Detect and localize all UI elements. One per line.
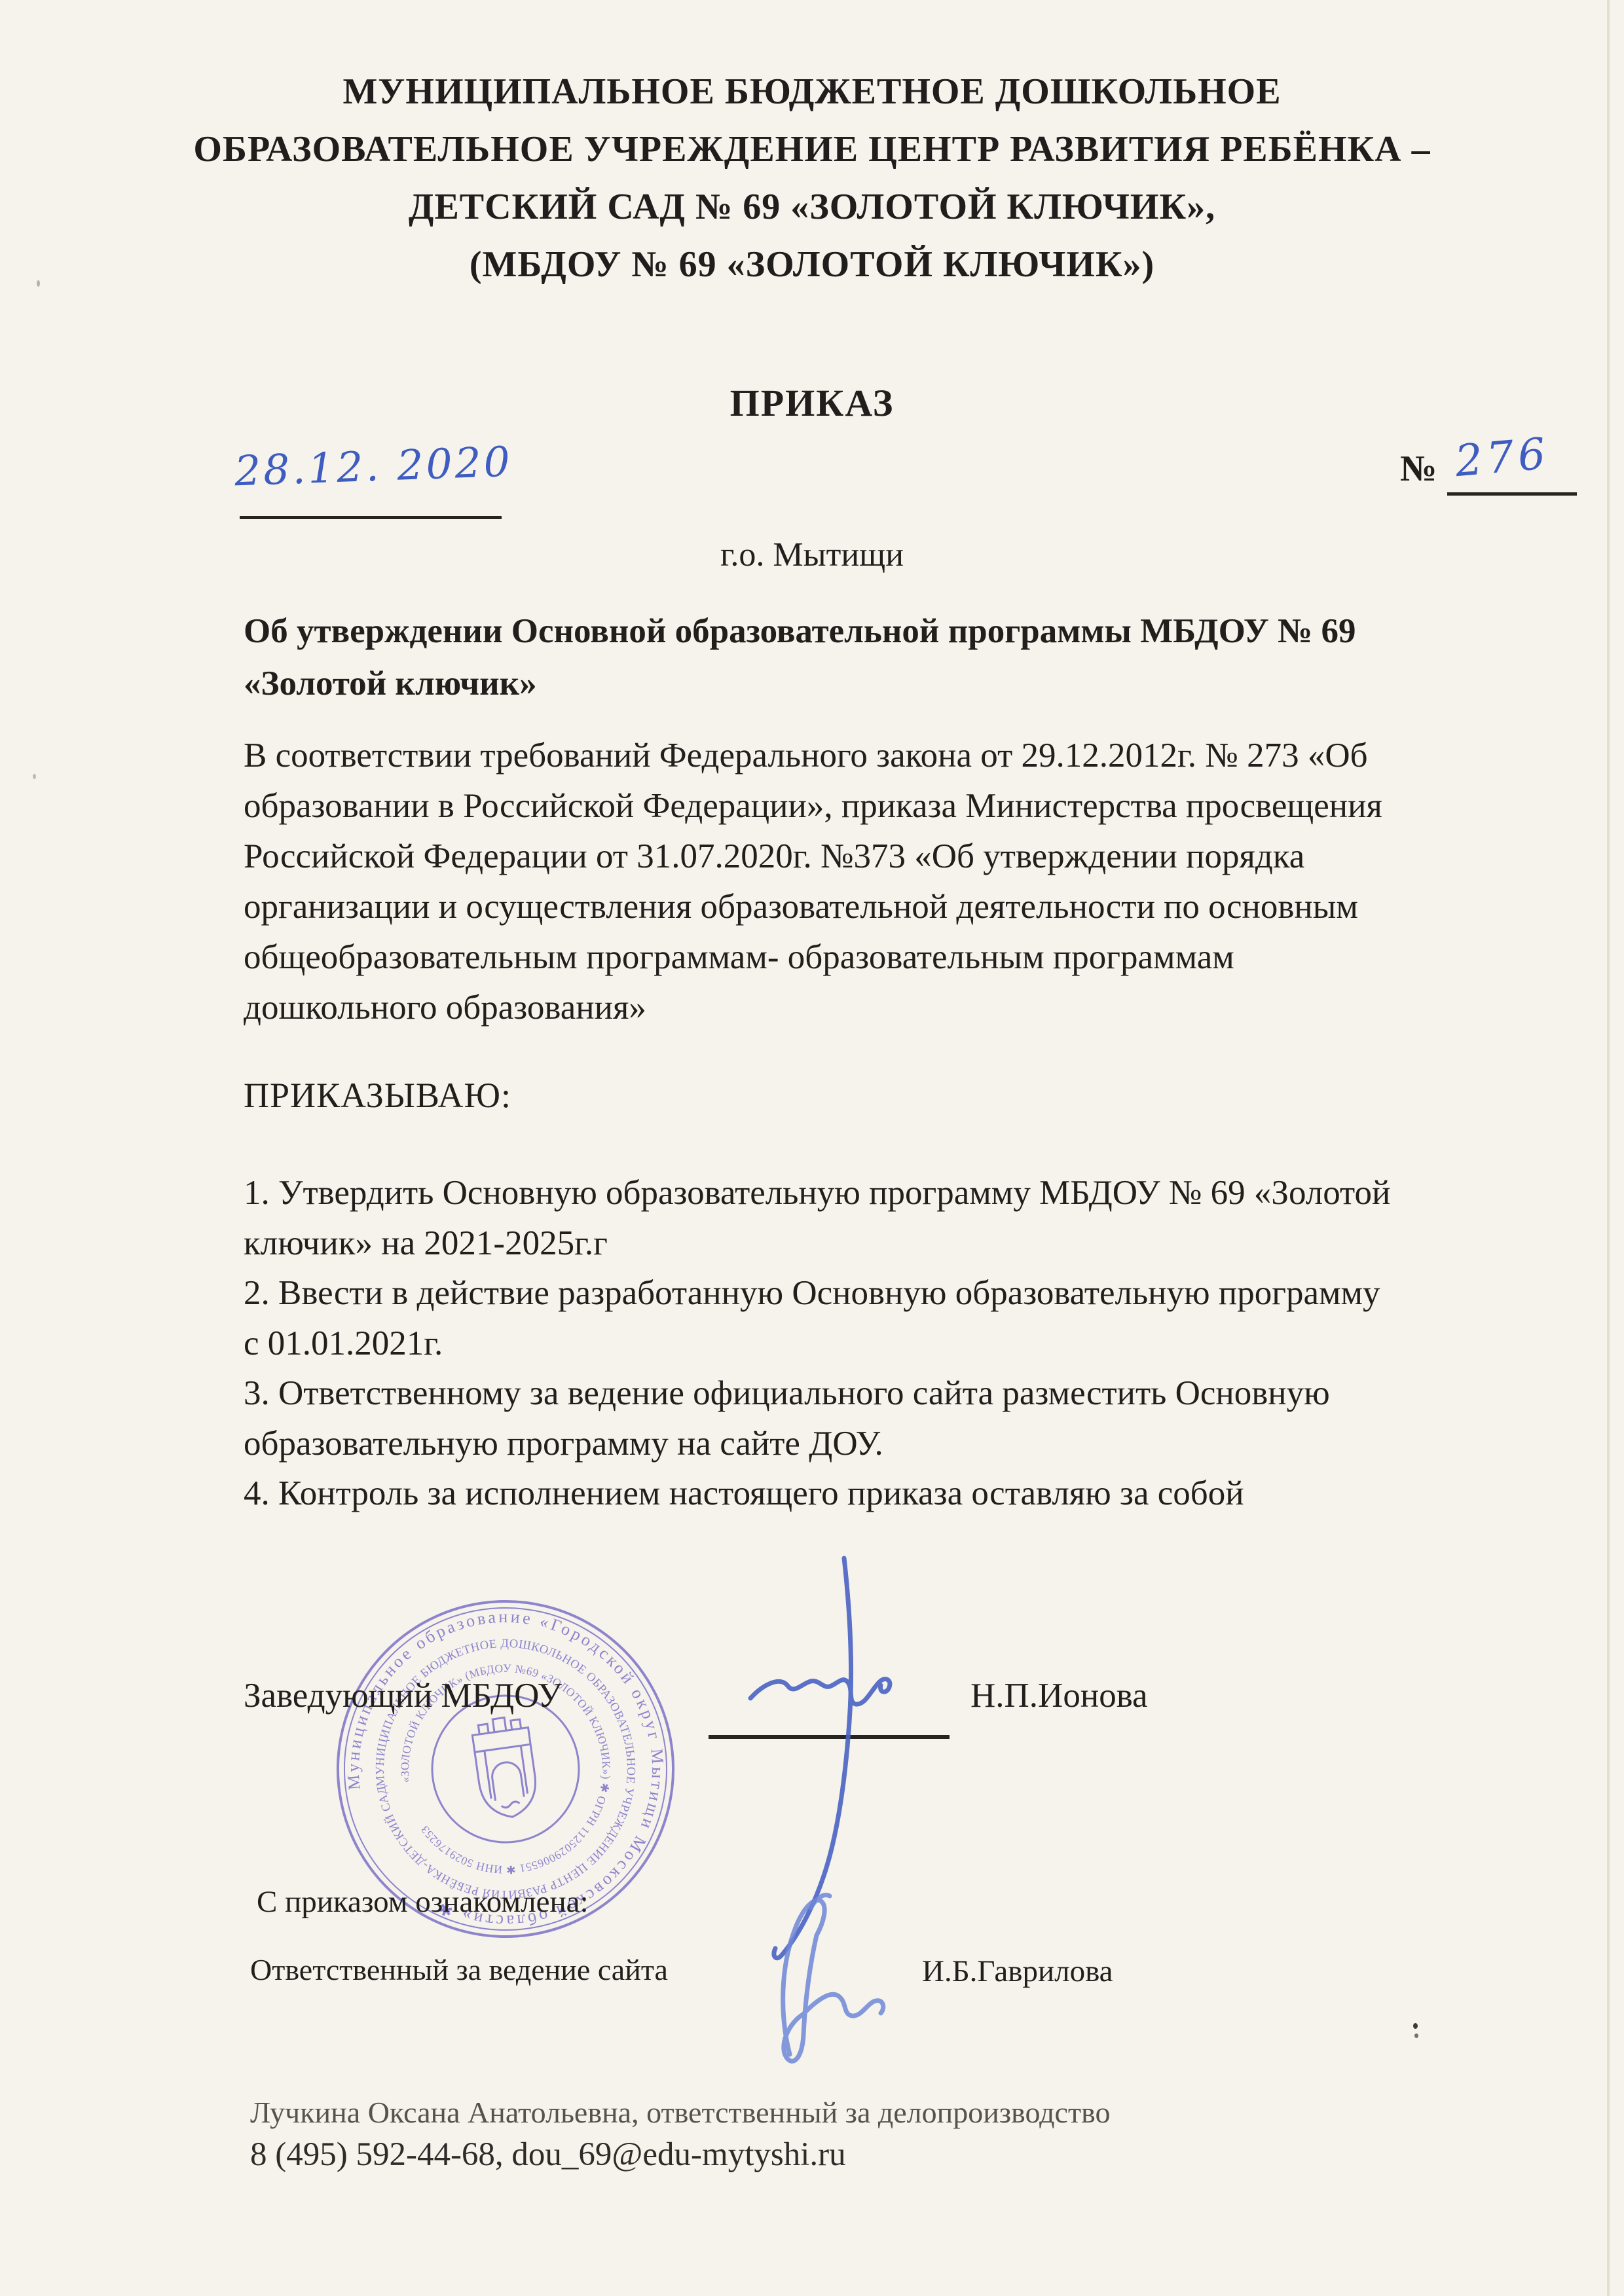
scan-edge-shadow	[1607, 0, 1610, 2296]
order-item-line: 4. Контроль за исполнением настоящего пр…	[244, 1468, 1547, 1519]
preamble-line: общеобразовательным программам- образова…	[244, 932, 1547, 983]
director-role-label: Заведующий МБДОУ	[244, 1676, 562, 1715]
order-word: ПРИКАЗЫВАЮ:	[244, 1075, 511, 1116]
order-items: 1. Утвердить Основную образовательную пр…	[244, 1168, 1547, 1519]
institution-header: МУНИЦИПАЛЬНОЕ БЮДЖЕТНОЕ ДОШКОЛЬНОЕ ОБРАЗ…	[0, 63, 1624, 293]
order-subject-line1: Об утверждении Основной образовательной …	[244, 605, 1527, 657]
order-item-line: с 01.01.2021г.	[244, 1319, 1547, 1369]
date-underline	[240, 516, 502, 519]
signature-underline	[709, 1735, 950, 1739]
handwritten-order-number: 276	[1453, 428, 1551, 486]
footer-contacts-line: 8 (495) 592-44-68, dou_69@edu-mytyshi.ru	[250, 2136, 846, 2174]
ink-signatures-layer	[0, 0, 1624, 2296]
preamble-line: организации и осуществления образователь…	[244, 882, 1547, 932]
order-item-line: 3. Ответственному за ведение официальног…	[244, 1368, 1547, 1419]
number-underline	[1447, 492, 1577, 496]
director-name: Н.П.Ионова	[970, 1676, 1148, 1715]
number-sign: №	[1400, 448, 1437, 490]
footer-clerk-line: Лучкина Оксана Анатольевна, ответственны…	[250, 2095, 1110, 2130]
order-subject: Об утверждении Основной образовательной …	[244, 605, 1527, 710]
stamp-coat-of-arms	[471, 1715, 540, 1821]
preamble-line: В соответствии требований Федерального з…	[244, 731, 1547, 781]
institution-header-line3: ДЕТСКИЙ САД № 69 «ЗОЛОТОЙ КЛЮЧИК»,	[0, 178, 1624, 236]
coat-boat	[501, 1801, 520, 1808]
order-item-line: 1. Утвердить Основную образовательную пр…	[244, 1168, 1547, 1218]
preamble-paragraph: В соответствии требований Федерального з…	[244, 731, 1547, 1033]
institution-header-line2: ОБРАЗОВАТЕЛЬНОЕ УЧРЕЖДЕНИЕ ЦЕНТР РАЗВИТИ…	[0, 120, 1624, 178]
place-line: г.о. Мытищи	[0, 536, 1624, 574]
order-subject-line2: «Золотой ключик»	[244, 657, 1527, 710]
acknowledgement-title: С приказом ознакомлена:	[257, 1884, 589, 1920]
order-item-line: образовательную программу на сайте ДОУ.	[244, 1419, 1547, 1469]
document-title: ПРИКАЗ	[0, 381, 1624, 425]
institution-header-line1: МУНИЦИПАЛЬНОЕ БЮДЖЕТНОЕ ДОШКОЛЬНОЕ	[0, 63, 1624, 120]
acknowledgement-role: Ответственный за ведение сайта	[250, 1952, 668, 1987]
preamble-line: Российской Федерации от 31.07.2020г. №37…	[244, 831, 1547, 882]
webmaster-ink-signature	[783, 1895, 883, 2062]
order-item-line: ключик» на 2021-2025г.г	[244, 1218, 1547, 1269]
director-ink-signature	[750, 1558, 890, 1958]
scan-speck	[33, 774, 36, 779]
scan-speck	[1413, 2023, 1418, 2029]
acknowledgement-name: И.Б.Гаврилова	[922, 1954, 1113, 1989]
preamble-line: образовании в Российской Федерации», при…	[244, 781, 1547, 831]
scan-speck	[1414, 2033, 1418, 2038]
order-item-line: 2. Ввести в действие разработанную Основ…	[244, 1268, 1547, 1319]
institution-header-line4: (МБДОУ № 69 «ЗОЛОТОЙ КЛЮЧИК»)	[0, 236, 1624, 293]
handwritten-date: 28.12. 2020	[234, 438, 513, 496]
coat-arch	[490, 1760, 524, 1801]
scanned-order-document: { "colors": { "paper": "#f5f3ec", "ink":…	[0, 0, 1624, 2296]
scan-speck	[37, 280, 40, 287]
preamble-line: дошкольного образования»	[244, 983, 1547, 1033]
